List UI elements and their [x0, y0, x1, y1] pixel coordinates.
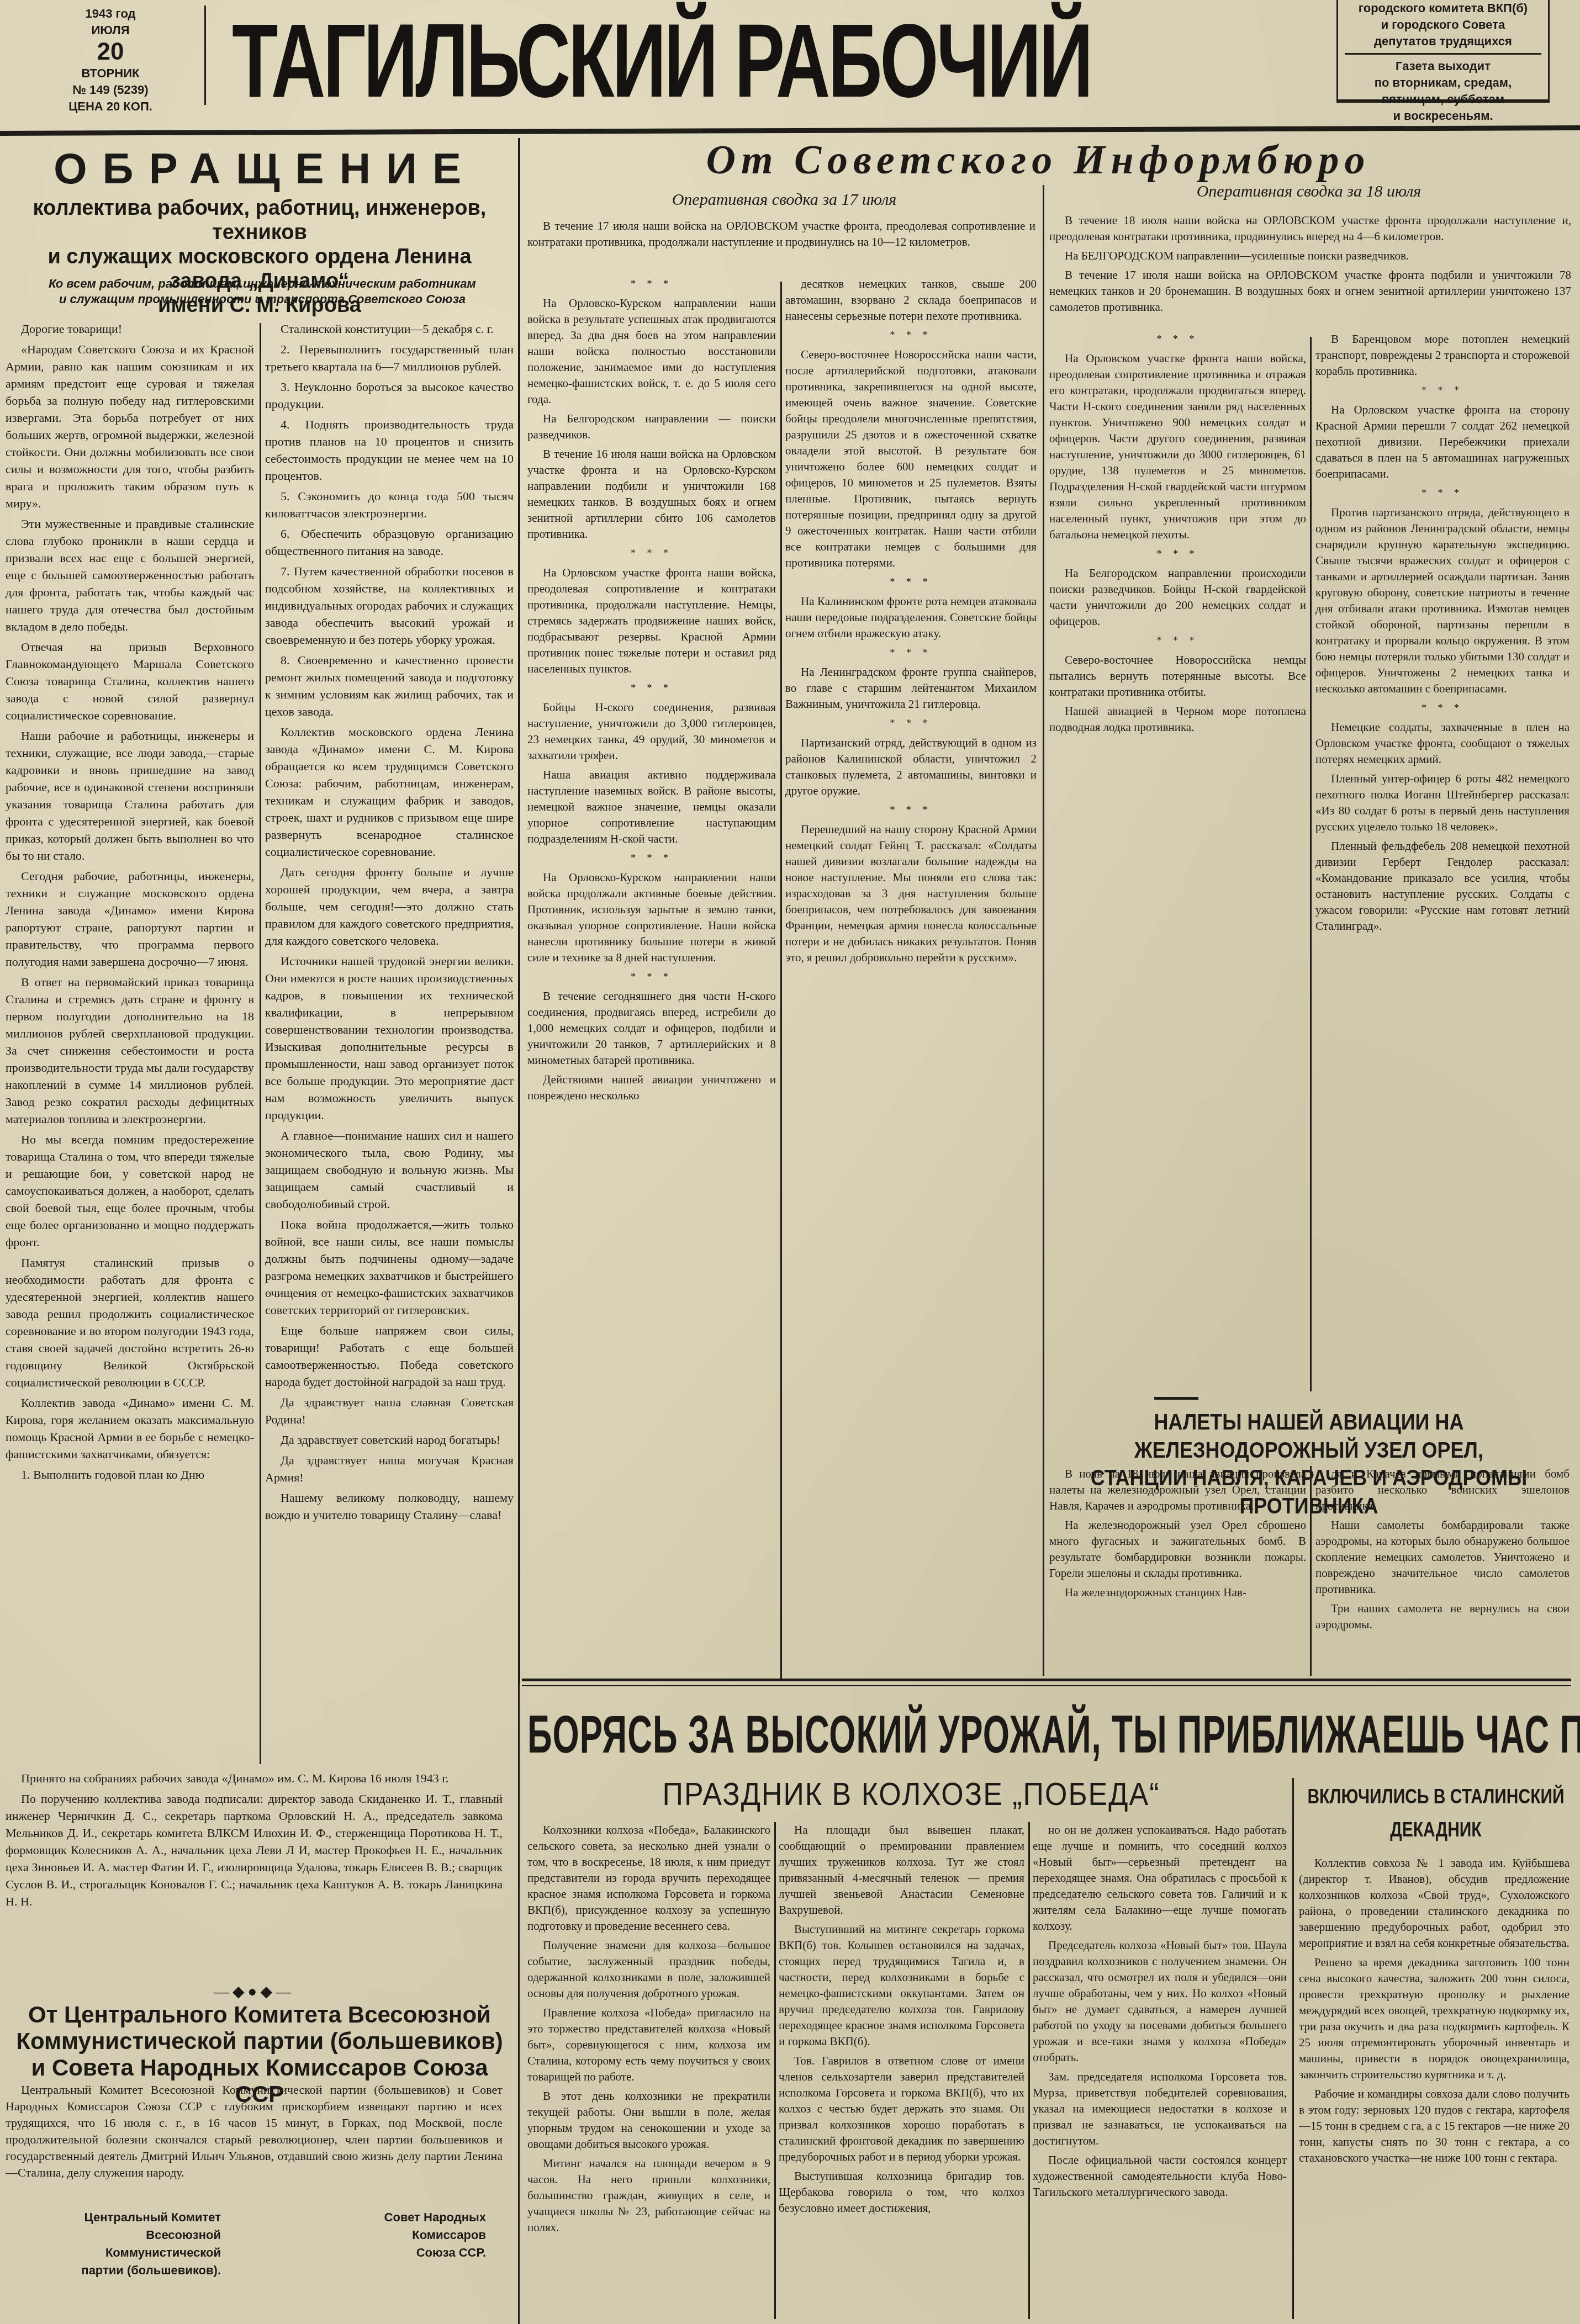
paragraph: 4. Поднять производительность труда прот…: [265, 416, 514, 484]
section-stars: * * *: [527, 276, 776, 292]
section-stars: * * *: [1049, 633, 1306, 649]
paragraph: Действиями нашей авиации уничтожено и по…: [527, 1072, 776, 1104]
report-17-lead: В течение 17 июля наши войска на ОРЛОВСК…: [527, 218, 1035, 279]
paragraph: Рабочие и командиры совхоза дали слово п…: [1299, 2086, 1570, 2166]
holiday-column-3: но он не должен успокаиваться. Надо рабо…: [1033, 1822, 1287, 2319]
paragraph: После официальной части состоялся концер…: [1033, 2152, 1287, 2200]
holiday-column-rule-2: [1028, 1822, 1030, 2319]
paragraph: Колхозники колхоза «Победа», Балакинског…: [527, 1822, 770, 1934]
cc-notice-body: Центральный Комитет Всесоюзной Коммунист…: [6, 2082, 503, 2181]
ear-publisher-3: и городского Совета: [1338, 17, 1548, 33]
cc-sign-line: партии (большевиков).: [55, 2262, 221, 2279]
ear-publisher-2: городского комитета ВКП(б): [1338, 0, 1548, 17]
ear-schedule-3: пятницам, субботам: [1338, 91, 1548, 108]
section-stars: * * *: [785, 574, 1037, 590]
column-rule-left: [518, 138, 520, 1684]
paragraph: В ночь на 18 июля наша авиация произвела…: [1049, 1466, 1306, 1514]
ornament-divider: —◆●◆—: [155, 1982, 353, 2001]
paragraph: Три наших самолета не вернулись на свои …: [1315, 1601, 1570, 1633]
paragraph: Северо-восточнее Новороссийска наши част…: [785, 347, 1037, 571]
report-divider-rule: [1043, 185, 1044, 1676]
paragraph: Но мы всегда помним предостережение това…: [6, 1131, 254, 1251]
paragraph: «Народам Советского Союза и их Красной А…: [6, 341, 254, 512]
air-raids-column-1: В ночь на 18 июля наша авиация произвела…: [1049, 1466, 1306, 1676]
paragraph: но он не должен успокаиваться. Надо рабо…: [1033, 1822, 1287, 1934]
cc-title-line: Коммунистической партии (большевиков): [11, 2028, 508, 2055]
paragraph: Да здравствует наша славная Советская Ро…: [265, 1394, 514, 1428]
paragraph: Коллектив совхоза № 1 завода им. Куйбыше…: [1299, 1855, 1570, 1951]
decade-title-line: ДЕКАДНИК: [1298, 1814, 1574, 1847]
paragraph: Наши самолеты бомбардировали также аэрод…: [1315, 1517, 1570, 1597]
paragraph: Дорогие товарищи!: [6, 320, 254, 337]
paragraph: 5. Сэкономить до конца года 500 тысяч ки…: [265, 488, 514, 522]
sovinformburo-title: От Советского Информбюро: [541, 135, 1535, 185]
ear-issue: № 149 (5239): [17, 82, 204, 98]
paragraph: Решено за время декадника заготовить 100…: [1299, 1955, 1570, 2083]
paragraph: На Ленинградском фронте группа снайперов…: [785, 664, 1037, 712]
section-stars: * * *: [527, 969, 776, 985]
paragraph: 8. Своевременно и качественно провести р…: [265, 652, 514, 720]
paragraph: 1. Выполнить годовой план ко Дню: [6, 1466, 254, 1483]
decade-title-line: ВКЛЮЧИЛИСЬ В СТАЛИНСКИЙ: [1298, 1781, 1574, 1814]
cc-sign-line: Союза ССР.: [364, 2244, 486, 2262]
decade-column-rule: [1292, 1778, 1294, 2319]
section-stars: * * *: [1315, 485, 1570, 501]
report-17-lead-text: В течение 17 июля наши войска на ОРЛОВСК…: [527, 218, 1035, 250]
paragraph: Председатель колхоза «Новый быт» тов. Ша…: [1033, 1937, 1287, 2066]
paragraph: На Калининском фронте рота немцев атаков…: [785, 594, 1037, 642]
ear-year: 1943 год: [17, 6, 204, 22]
section-rule-thin: [522, 1685, 1571, 1686]
paragraph: Наши рабочие и работницы, инженеры и тех…: [6, 727, 254, 864]
paragraph: На железнодорожных станциях Нав-: [1049, 1585, 1306, 1601]
section-stars: * * *: [527, 680, 776, 696]
paragraph: Коллектив завода «Динамо» имени С. М. Ки…: [6, 1394, 254, 1463]
paragraph: Митинг начался на площади вечером в 9 ча…: [527, 2156, 770, 2236]
paragraph: Памятуя сталинский призыв о необходимост…: [6, 1254, 254, 1391]
air-raids-column-2: ля и Карачев прямыми попаданиями бомб ра…: [1315, 1466, 1570, 1676]
appeal-signers: По поручению коллектива завода подписали…: [6, 1790, 503, 1910]
paragraph: ля и Карачев прямыми попаданиями бомб ра…: [1315, 1466, 1570, 1514]
paragraph: Бойцы Н-ского соединения, развивая насту…: [527, 700, 776, 764]
paragraph: Против партизанского отряда, действующег…: [1315, 505, 1570, 697]
paragraph: В этот день колхозники не прекратили тек…: [527, 2088, 770, 2152]
cc-sign-line: Центральный Комитет: [55, 2209, 221, 2226]
paragraph: Отвечая на призыв Верховного Главнокоман…: [6, 638, 254, 724]
holiday-title: ПРАЗДНИК В КОЛХОЗЕ „ПОБЕДА“: [530, 1775, 1292, 1814]
paragraph: 7. Путем качественной обработки посевов …: [265, 563, 514, 648]
paragraph: На Орловском участке фронта наши войска,…: [1049, 351, 1306, 543]
paragraph: Северо-восточнее Новороссийска немцы пыт…: [1049, 652, 1306, 700]
paragraph: Нашей авиацией в Черном море потоплена п…: [1049, 703, 1306, 735]
column-rule-left-lower: [518, 1684, 520, 2324]
cc-notice-text: Центральный Комитет Всесоюзной Коммунист…: [6, 2082, 503, 2181]
paragraph: Коллектив московского ордена Ленина заво…: [265, 723, 514, 860]
paragraph: Наша авиация активно поддерживала наступ…: [527, 767, 776, 847]
cc-sign-line: Всесоюзной Коммунистической: [55, 2226, 221, 2262]
report-18-lead-text: В течение 18 июля наши войска на ОРЛОВСК…: [1049, 213, 1571, 245]
ear-month: ИЮЛЯ: [17, 22, 204, 39]
paragraph: Пленный фельдфебель 208 немецкой пехотно…: [1315, 838, 1570, 934]
paragraph: Пока война продолжается,—жить только вой…: [265, 1216, 514, 1319]
paragraph: Еще больше напряжем свои силы, товарищи!…: [265, 1322, 514, 1390]
report-18-lead: В течение 18 июля наши войска на ОРЛОВСК…: [1049, 213, 1571, 329]
paragraph: На Белгородском направлении происходили …: [1049, 565, 1306, 629]
report-17-heading: Оперативная сводка за 17 июля: [530, 190, 1038, 209]
raid-rule: [1154, 1397, 1198, 1400]
cc-title-line: От Центрального Комитета Всесоюзной: [11, 2002, 508, 2028]
paragraph: Источники нашей трудовой энергии велики.…: [265, 952, 514, 1124]
masthead-title: ТАГИЛЬСКИЙ РАБОЧИЙ: [232, 6, 987, 116]
paragraph: Зам. председателя исполкома Горсовета то…: [1033, 2069, 1287, 2149]
paragraph: На Орловском участке фронта на сторону К…: [1315, 402, 1570, 482]
paragraph: 3. Неуклонно бороться за высокое качеств…: [265, 378, 514, 412]
ear-schedule-4: и воскресеньям.: [1338, 108, 1548, 124]
appeal-adopted: Принято на собраниях рабочих завода «Дин…: [6, 1770, 503, 1787]
paragraph: Сталинской конституции—5 декабря с. г.: [265, 320, 514, 337]
appeal-column-rule: [260, 323, 261, 1764]
appeal-addressee-line: и служащим промышленности и транспорта С…: [17, 292, 508, 307]
appeal-column-2: Сталинской конституции—5 декабря с. г.2.…: [265, 320, 514, 1772]
paragraph: Тов. Гаврилов в ответном слове от имени …: [779, 2053, 1024, 2165]
harvest-banner: БОРЯСЬ ЗА ВЫСОКИЙ УРОЖАЙ, ТЫ ПРИБЛИЖАЕШЬ…: [527, 1692, 1566, 1778]
paragraph: В ответ на первомайский приказ товарища …: [6, 973, 254, 1127]
report-18-heading: Оперативная сводка за 18 июля: [1049, 182, 1568, 201]
ear-weekday: ВТОРНИК: [17, 65, 204, 82]
paragraph: Правление колхоза «Победа» пригласило на…: [527, 2005, 770, 2085]
section-stars: * * *: [527, 850, 776, 866]
paragraph: Да здравствует наша могучая Красная Арми…: [265, 1452, 514, 1486]
ear-publisher-4: депутатов трудящихся: [1338, 33, 1548, 50]
paragraph: Пленный унтер-офицер 6 роты 482 немецког…: [1315, 771, 1570, 835]
ear-schedule-1: Газета выходит: [1338, 58, 1548, 75]
report-18-column-rule: [1310, 337, 1312, 1391]
paragraph: В течение 16 июля наши войска на Орловск…: [527, 446, 776, 542]
masthead-ear-right: городского комитета ВКП(б) и городского …: [1336, 0, 1550, 103]
paragraph: В Баренцовом море потоплен немецкий тран…: [1315, 331, 1570, 379]
paragraph: Выступившая колхозница бригадир тов. Щер…: [779, 2168, 1024, 2216]
ear-price: ЦЕНА 20 КОП.: [17, 98, 204, 115]
paragraph: десятков немецких танков, свыше 200 авто…: [785, 276, 1037, 324]
ear-separator: [1345, 53, 1541, 55]
report-18-lead-text: На БЕЛГОРОДСКОМ направлении—усиленные по…: [1049, 248, 1571, 264]
paragraph: Выступивший на митинге секретарь горкома…: [779, 1921, 1024, 2050]
masthead-ear-left: 1943 год ИЮЛЯ 20 ВТОРНИК № 149 (5239) ЦЕ…: [17, 6, 206, 105]
section-stars: * * *: [1315, 383, 1570, 399]
paragraph: Партизанский отряд, действующий в одном …: [785, 735, 1037, 799]
report-17-column-2: десятков немецких танков, свыше 200 авто…: [785, 276, 1037, 1673]
paragraph: На Орловском участке фронта наши войска,…: [527, 565, 776, 677]
report-17-column-1: * * *На Орловско-Курском направлении наш…: [527, 276, 776, 1513]
section-stars: * * *: [1049, 331, 1306, 347]
decade-column: Коллектив совхоза № 1 завода им. Куйбыше…: [1299, 1855, 1570, 2319]
section-stars: * * *: [527, 546, 776, 562]
paragraph: Эти мужественные и правдивые сталинские …: [6, 515, 254, 635]
cc-signature-right: Совет Народных Комиссаров Союза ССР.: [364, 2209, 486, 2262]
section-rule: [522, 1679, 1571, 1681]
paragraph: Перешедший на нашу сторону Красной Армии…: [785, 822, 1037, 966]
paragraph: На Орловско-Курском направлении наши вой…: [527, 295, 776, 407]
holiday-column-2: На площади был вывешен плакат, сообщающи…: [779, 1822, 1024, 2319]
cc-sign-line: Комиссаров: [364, 2226, 486, 2244]
appeal-addressee-line: Ко всем рабочим, работницам, инженерно-т…: [17, 276, 508, 292]
paragraph: Немецкие солдаты, захваченные в плен на …: [1315, 719, 1570, 767]
decade-title: ВКЛЮЧИЛИСЬ В СТАЛИНСКИЙ ДЕКАДНИК: [1298, 1781, 1574, 1847]
paragraph: На Белгородском направлении — поиски раз…: [527, 411, 776, 443]
report-18-column-1: * * *На Орловском участке фронта наши во…: [1049, 331, 1306, 1391]
section-stars: * * *: [785, 327, 1037, 343]
report-18-lead-text: В течение 17 июля наши войска на ОРЛОВСК…: [1049, 267, 1571, 315]
paragraph: Дать сегодня фронту больше и лучше хорош…: [265, 864, 514, 949]
paragraph: А главное—понимание наших сил и нашего э…: [265, 1127, 514, 1213]
appeal-subtitle-line: коллектива рабочих, работниц, инженеров,…: [11, 196, 508, 245]
paragraph: В течение сегодняшнего дня части Н-ского…: [527, 988, 776, 1068]
section-stars: * * *: [1315, 700, 1570, 716]
air-raids-column-rule: [1310, 1466, 1312, 1676]
report-18-column-2: В Баренцовом море потоплен немецкий тран…: [1315, 331, 1570, 1391]
appeal-signatures: Принято на собраниях рабочих завода «Дин…: [6, 1770, 503, 1913]
section-stars: * * *: [785, 645, 1037, 661]
section-stars: * * *: [785, 716, 1037, 732]
ear-day: 20: [17, 39, 204, 65]
appeal-addressee: Ко всем рабочим, работницам, инженерно-т…: [17, 276, 508, 307]
appeal-column-1: Дорогие товарищи!«Народам Советского Сою…: [6, 320, 254, 1772]
paragraph: 6. Обеспечить образцовую организацию общ…: [265, 525, 514, 559]
cc-signature-left: Центральный Комитет Всесоюзной Коммунист…: [55, 2209, 221, 2279]
paragraph: Получение знамени для колхоза—большое со…: [527, 1937, 770, 2002]
paragraph: На площади был вывешен плакат, сообщающи…: [779, 1822, 1024, 1918]
paragraph: 2. Перевыполнить государственный план тр…: [265, 341, 514, 375]
report-17-column-rule: [780, 282, 782, 1679]
paragraph: Сегодня рабочие, работницы, инженеры, те…: [6, 867, 254, 970]
section-stars: * * *: [1049, 546, 1306, 562]
appeal-title: ОБРАЩЕНИЕ: [22, 144, 508, 193]
ear-schedule-2: по вторникам, средам,: [1338, 75, 1548, 91]
paragraph: Нашему великому полководцу, нашему вождю…: [265, 1489, 514, 1523]
paragraph: На Орловско-Курском направлении наши вой…: [527, 870, 776, 966]
cc-sign-line: Совет Народных: [364, 2209, 486, 2226]
paragraph: На железнодорожный узел Орел сброшено мн…: [1049, 1517, 1306, 1581]
air-raids-title-line: НАЛЕТЫ НАШЕЙ АВИАЦИИ НА ЖЕЛЕЗНОДОРОЖНЫЙ …: [1049, 1408, 1568, 1464]
section-stars: * * *: [785, 802, 1037, 818]
holiday-column-rule-1: [774, 1822, 776, 2319]
holiday-column-1: Колхозники колхоза «Победа», Балакинског…: [527, 1822, 770, 2319]
paragraph: Да здравствует советский народ богатырь!: [265, 1431, 514, 1448]
